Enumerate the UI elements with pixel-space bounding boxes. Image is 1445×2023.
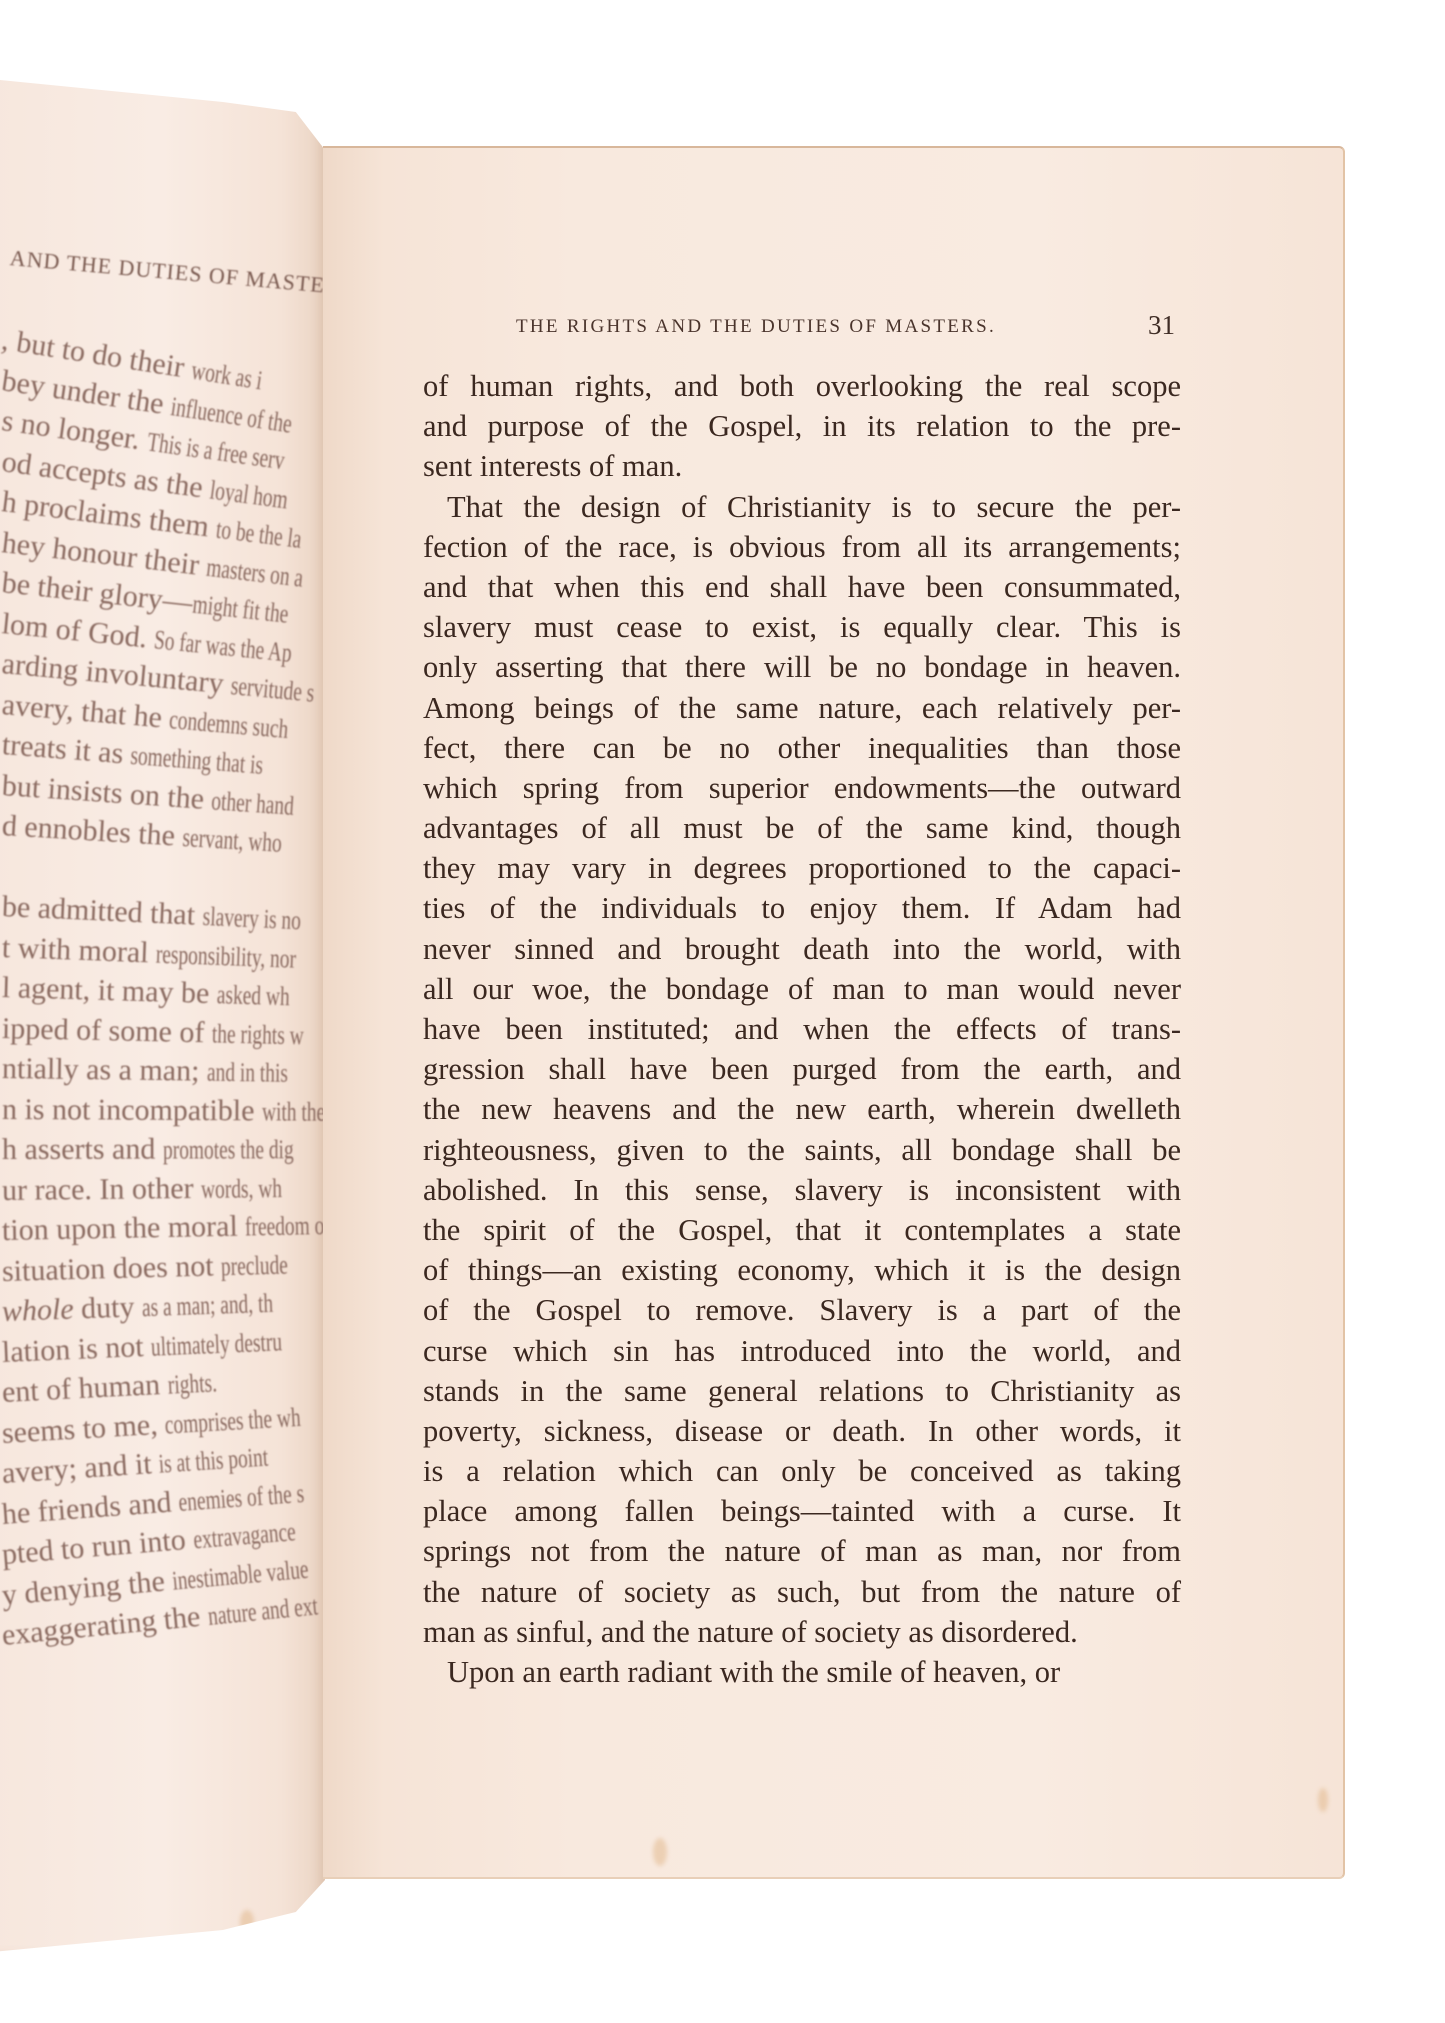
left-text-curved: So far was the Ap <box>153 626 293 667</box>
left-text-line: ntially as a man; and in this <box>2 1054 320 1088</box>
left-text-curved: nature and ext <box>206 1592 318 1630</box>
left-text-curved: rights. <box>167 1369 217 1398</box>
left-text-main: treats it as <box>1 728 132 771</box>
text-line: springs not from the nature of man as ma… <box>423 1531 1181 1571</box>
left-text-main: he friends and <box>1 1485 180 1531</box>
left-text-main: tion upon the moral <box>2 1210 246 1247</box>
left-text-curved: loyal hom <box>208 476 289 513</box>
left-text-main: n is not incompatible <box>2 1093 262 1127</box>
left-text-main: lation is not <box>1 1329 151 1368</box>
left-text-main: whole duty <box>1 1290 142 1328</box>
left-text-line: whole duty as a man; and, th <box>1 1286 324 1327</box>
body-text: of human rights, and both overlooking th… <box>423 366 1181 1692</box>
left-text-curved: might fit the <box>191 591 289 628</box>
left-text-main: ur race. In other <box>2 1171 201 1206</box>
text-line: of things—an existing economy, which it … <box>423 1250 1181 1290</box>
left-text-main: ntially as a man; <box>2 1052 207 1088</box>
left-text-curved: work as i <box>189 357 264 395</box>
left-text-curved: asked wh <box>216 981 290 1010</box>
text-line: of human rights, and both overlooking th… <box>423 366 1181 406</box>
text-line: place among fallen beings—tainted with a… <box>423 1491 1181 1531</box>
left-text-main: t with moral <box>1 931 156 970</box>
text-line: curse which sin has introduced into the … <box>423 1331 1181 1371</box>
left-text-main: h asserts and <box>2 1133 163 1166</box>
right-page: THE RIGHTS AND THE DUTIES OF MASTERS. 31… <box>323 146 1345 1879</box>
left-text-curved: the rights w <box>212 1020 304 1049</box>
text-line: gression shall have been purged from the… <box>423 1049 1181 1089</box>
left-text-curved: freedom of <box>245 1212 331 1241</box>
text-line: righteousness, given to the saints, all … <box>423 1130 1181 1170</box>
left-text-line: h asserts and promotes the dig <box>2 1134 344 1165</box>
text-line: slavery must cease to exist, is equally … <box>423 607 1181 647</box>
left-text-line: ent of human rights. <box>1 1366 236 1408</box>
left-text-curved: promotes the dig <box>163 1136 294 1163</box>
text-line: That the design of Christianity is to se… <box>423 487 1181 527</box>
text-line: and purpose of the Gospel, in its relati… <box>423 406 1181 446</box>
left-text-main: l agent, it may be <box>2 971 218 1010</box>
left-text-curved: is at this point <box>158 1444 269 1478</box>
text-line: fection of the race, is obvious from all… <box>423 527 1181 567</box>
left-text-curved: ultimately destru <box>150 1328 282 1360</box>
foxing-stain <box>240 1910 254 1934</box>
text-line: never sinned and brought death into the … <box>423 929 1181 969</box>
left-text-main: ipped of some of <box>2 1012 213 1049</box>
text-line: all our woe, the bondage of man to man w… <box>423 969 1181 1009</box>
text-line: and that when this end shall have been c… <box>423 567 1181 607</box>
left-text-line: be admitted that slavery is no <box>1 892 339 937</box>
text-line: Among beings of the same nature, each re… <box>423 688 1181 728</box>
text-line: sent interests of man. <box>423 446 1181 486</box>
text-line: man as sinful, and the nature of society… <box>423 1612 1181 1652</box>
left-text-line: ipped of some of the rights w <box>2 1014 340 1051</box>
left-text-line: l agent, it may be asked wh <box>2 973 319 1012</box>
left-text-line: tion upon the moral freedom of <box>2 1209 365 1246</box>
text-line: ties of the individuals to enjoy them. I… <box>423 888 1181 928</box>
running-head: THE RIGHTS AND THE DUTIES OF MASTERS. <box>516 316 1086 338</box>
left-text-main: lom of God. <box>0 607 156 655</box>
text-line: of the Gospel to remove. Slavery is a pa… <box>423 1290 1181 1330</box>
left-text-main: situation does not <box>2 1249 222 1288</box>
left-text-curved: slavery is no <box>202 903 301 934</box>
foxing-stain <box>653 1838 667 1866</box>
text-line: advantages of all must be of the same ki… <box>423 808 1181 848</box>
left-running-head: AND THE DUTIES OF MASTERS <box>9 245 355 301</box>
left-text-line: ur race. In other words, wh <box>2 1172 314 1205</box>
left-text-curved: words, wh <box>201 1175 282 1203</box>
left-text-curved: to be the la <box>214 516 303 553</box>
left-text-main: d ennobles the <box>1 809 183 853</box>
left-text-main: avery, that he <box>1 688 171 735</box>
text-line: fect, there can be no other inequalities… <box>423 728 1181 768</box>
text-line: stands in the same general relations to … <box>423 1371 1181 1411</box>
left-text-curved: inestimable value <box>171 1555 309 1594</box>
foxing-stain <box>1318 1788 1328 1812</box>
text-line: have been instituted; and when the effec… <box>423 1009 1181 1049</box>
left-text-main: ent of human <box>1 1368 168 1409</box>
left-text-curved: influence of the <box>169 393 294 438</box>
left-text-curved: preclude <box>221 1251 289 1280</box>
left-text-curved: and in this <box>207 1059 288 1087</box>
text-line: the spirit of the Gospel, that it contem… <box>423 1210 1181 1250</box>
text-line: is a relation which can only be conceive… <box>423 1451 1181 1491</box>
left-text-line: t with moral responsibility, nor <box>1 933 351 976</box>
left-page: AND THE DUTIES OF MASTERS , but to do th… <box>0 70 325 1955</box>
text-line: poverty, sickness, disease or death. In … <box>423 1411 1181 1451</box>
left-text-line: lation is not ultimately destru <box>1 1324 333 1368</box>
text-line: the nature of society as such, but from … <box>423 1572 1181 1612</box>
left-text-curved: masters on a <box>205 553 305 591</box>
left-page-text: AND THE DUTIES OF MASTERS , but to do th… <box>0 70 325 1955</box>
left-text-main: avery; and it <box>1 1447 160 1490</box>
left-text-main: be admitted that <box>1 890 203 932</box>
left-text-curved: enemies of the s <box>178 1479 305 1515</box>
left-text-curved: as a man; and, th <box>141 1290 273 1321</box>
left-text-main: but insists on the <box>1 769 213 816</box>
text-line: they may vary in degrees proportioned to… <box>423 848 1181 888</box>
left-text-line: situation does not preclude <box>2 1248 315 1286</box>
left-text-main: seems to me, <box>1 1407 166 1449</box>
left-text-curved: comprises the wh <box>164 1403 301 1438</box>
text-line: only asserting that there will be no bon… <box>423 647 1181 687</box>
left-text-curved: extravagance <box>192 1518 296 1553</box>
page-number: 31 <box>1148 310 1175 341</box>
left-text-curved: something that is <box>130 742 265 779</box>
left-text-curved: condemns such <box>168 706 289 743</box>
text-line: which spring from superior endowments—th… <box>423 768 1181 808</box>
left-text-curved: servant, who <box>182 824 283 857</box>
text-line: the new heavens and the new earth, where… <box>423 1089 1181 1129</box>
open-book-photo: AND THE DUTIES OF MASTERS , but to do th… <box>0 0 1445 2023</box>
text-line: abolished. In this sense, slavery is inc… <box>423 1170 1181 1210</box>
left-text-curved: other hand <box>211 787 295 820</box>
left-text-curved: servitude s <box>230 672 316 707</box>
text-line: Upon an earth radiant with the smile of … <box>423 1652 1181 1692</box>
left-text-curved: responsibility, nor <box>156 940 297 972</box>
